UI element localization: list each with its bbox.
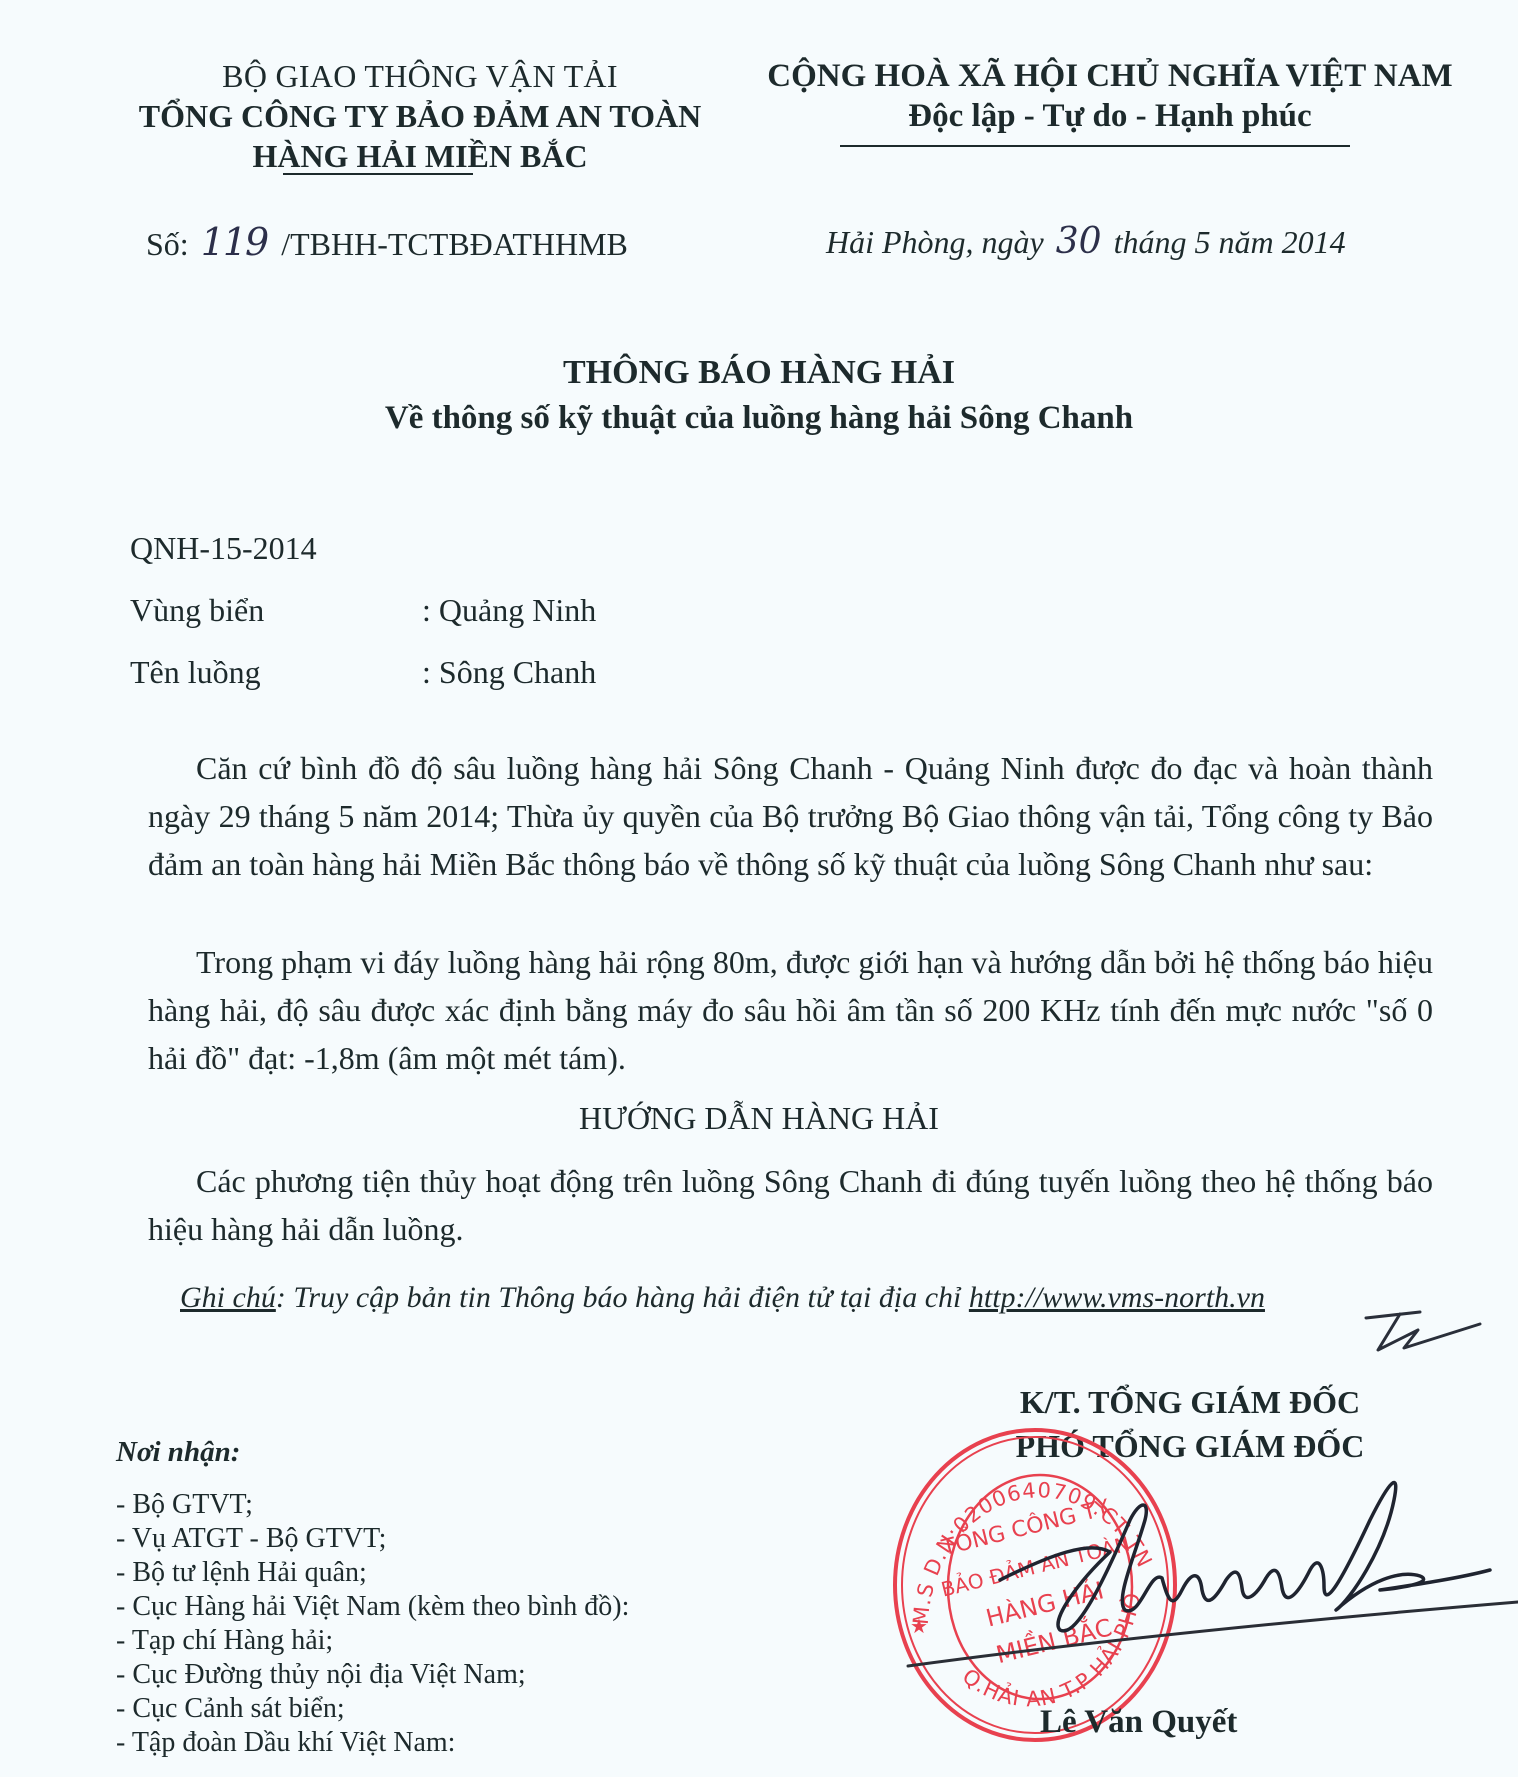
motto-underline-divider [840,145,1350,147]
document-number-suffix: /TBHH-TCTBĐATHHMB [281,226,628,262]
ministry-name: BỘ GIAO THÔNG VẬN TẢI [100,56,740,96]
national-motto: Độc lập - Tự do - Hạnh phúc [740,96,1480,136]
document-title: THÔNG BÁO HÀNG HẢI [0,350,1518,396]
document-number-handwritten: 119 [201,220,268,264]
national-motto-header: CỘNG HOÀ XÃ HỘI CHỦ NGHĨA VIỆT NAM Độc l… [740,56,1480,136]
signatory-name: Lê Văn Quyết [1040,1700,1237,1744]
recipient-item: - Tập đoàn Dầu khí Việt Nam: [116,1726,629,1760]
body-paragraph-guidance: Các phương tiện thủy hoạt động trên luồn… [148,1157,1433,1253]
meta-label: Vùng biển [130,590,264,630]
meta-value: : Sông Chanh [422,652,596,692]
issuing-agency-header: BỘ GIAO THÔNG VẬN TẢI TỔNG CÔNG TY BẢO Đ… [100,56,740,176]
meta-value: : Quảng Ninh [422,590,596,630]
recipient-item: - Vụ ATGT - Bộ GTVT; [116,1522,629,1556]
date-suffix: tháng 5 năm 2014 [1114,224,1346,260]
document-number-prefix: Số: [146,226,189,262]
recipient-item: - Cục Cảnh sát biển; [116,1692,629,1726]
recipient-item: - Tạp chí Hàng hải; [116,1624,629,1658]
note-label: Ghi chú [180,1281,276,1314]
body-paragraph-basis: Căn cứ bình đồ độ sâu luồng hàng hải Sôn… [148,744,1433,888]
corporation-name-line2: HÀNG HẢI MIỀN BẮC [100,136,740,176]
recipients-list: - Bộ GTVT; - Vụ ATGT - Bộ GTVT; - Bộ tư … [116,1488,629,1760]
recipient-item: - Bộ GTVT; [116,1488,629,1522]
section-heading-navigation-guidance: HƯỚNG DẪN HÀNG HẢI [0,1095,1518,1141]
document-number: Số: 119 /TBHH-TCTBĐATHHMB [146,222,628,264]
handwritten-signature-icon [900,1460,1518,1680]
body-paragraph-depth: Trong phạm vi đáy luồng hàng hải rộng 80… [148,938,1433,1082]
date-day-handwritten: 30 [1056,221,1102,262]
recipients-heading: Nơi nhận: [116,1432,240,1472]
recipient-item: - Cục Đường thủy nội địa Việt Nam; [116,1658,629,1692]
meta-label: Tên luồng [130,652,261,692]
date-prefix: Hải Phòng, ngày [826,224,1044,260]
notice-code: QNH-15-2014 [130,528,317,568]
note-line: Ghi chú: Truy cập bản tin Thông báo hàng… [180,1278,1265,1318]
note-url-link[interactable]: http://www.vms-north.vn [969,1281,1265,1314]
document-subtitle: Về thông số kỹ thuật của luồng hàng hải … [0,396,1518,440]
signatory-on-behalf: K/T. TỔNG GIÁM ĐỐC [960,1380,1420,1424]
state-name: CỘNG HOÀ XÃ HỘI CHỦ NGHĨA VIỆT NAM [740,56,1480,96]
note-text: : Truy cập bản tin Thông báo hàng hải đi… [276,1281,969,1314]
recipient-item: - Bộ tư lệnh Hải quân; [116,1556,629,1590]
corporation-name-line1: TỔNG CÔNG TY BẢO ĐẢM AN TOÀN [100,96,740,136]
recipient-item: - Cục Hàng hải Việt Nam (kèm theo bình đ… [116,1590,629,1624]
agency-underline-divider [283,173,473,175]
document-date: Hải Phòng, ngày 30 tháng 5 năm 2014 [826,222,1346,262]
initials-scribble-icon [1360,1300,1500,1360]
